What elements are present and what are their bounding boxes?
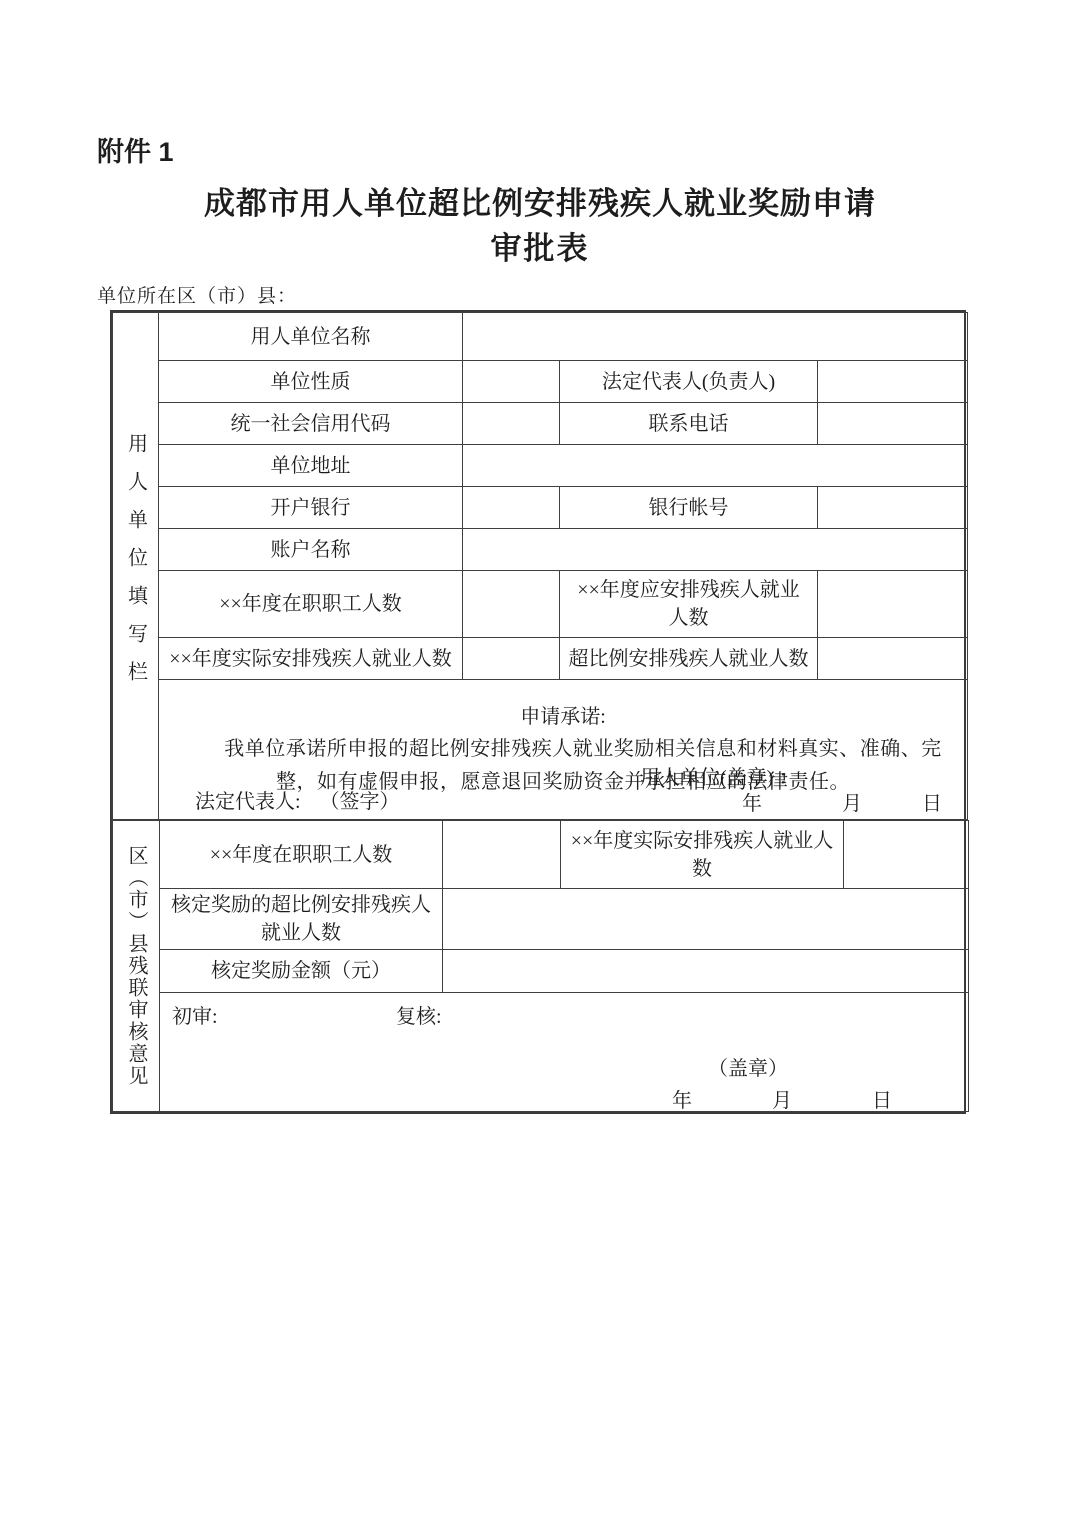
approval-form-table: 用人单位填写栏 用人单位名称 单位性质 法定代表人(负责人) 统一社会信用代码 … bbox=[110, 310, 966, 1114]
approved-amount-input-cell[interactable] bbox=[443, 950, 969, 993]
review-actual-count-label: ××年度实际安排残疾人就业人数 bbox=[561, 821, 844, 889]
employer-sidebar-label: 用人单位填写栏 bbox=[122, 433, 150, 699]
review-opinion-cell[interactable]: 初审: 复核: （盖章） 年 月 日 bbox=[160, 993, 969, 1112]
staff-count-label: ××年度在职职工人数 bbox=[159, 571, 463, 638]
review-staff-count-label: ××年度在职职工人数 bbox=[160, 821, 443, 889]
review-actual-count-input-cell[interactable] bbox=[844, 821, 969, 889]
account-name-input-cell[interactable] bbox=[463, 529, 968, 571]
employer-date-line: 年 月 日 bbox=[742, 790, 942, 818]
commitment-title: 申请承诺: bbox=[167, 701, 959, 733]
phone-label: 联系电话 bbox=[560, 403, 818, 445]
employer-section-sidebar: 用人单位填写栏 bbox=[113, 313, 159, 820]
legal-rep-label: 法定代表人(负责人) bbox=[560, 361, 818, 403]
over-ratio-input-cell[interactable] bbox=[818, 638, 968, 680]
phone-input-cell[interactable] bbox=[818, 403, 968, 445]
required-count-label: ××年度应安排残疾人就业人数 bbox=[560, 571, 818, 638]
actual-count-input-cell[interactable] bbox=[463, 638, 560, 680]
legal-rep-input-cell[interactable] bbox=[818, 361, 968, 403]
form-title-line2: 审批表 bbox=[0, 223, 1080, 268]
address-label: 单位地址 bbox=[159, 445, 463, 487]
approved-count-input-cell[interactable] bbox=[443, 889, 969, 950]
form-title-line1: 成都市用人单位超比例安排残疾人就业奖励申请 bbox=[0, 178, 1080, 223]
review-staff-count-input-cell[interactable] bbox=[443, 821, 561, 889]
bank-account-label: 银行帐号 bbox=[560, 487, 818, 529]
employer-section: 用人单位填写栏 用人单位名称 单位性质 法定代表人(负责人) 统一社会信用代码 … bbox=[112, 312, 968, 820]
credit-code-input-cell[interactable] bbox=[463, 403, 560, 445]
unit-name-label: 用人单位名称 bbox=[159, 313, 463, 361]
review-section: 区（市）县残联审核意见 ××年度在职职工人数 ××年度实际安排残疾人就业人数 核… bbox=[112, 820, 969, 1112]
legal-rep-signature-line: 法定代表人: （签字） bbox=[195, 788, 400, 816]
credit-code-label: 统一社会信用代码 bbox=[159, 403, 463, 445]
review-sidebar-label: 区（市）县残联审核意见 bbox=[122, 845, 150, 1087]
region-county-label: 单位所在区（市）县： bbox=[97, 281, 297, 308]
approved-amount-label: 核定奖励金额（元） bbox=[160, 950, 443, 993]
legal-rep-sign-label: 法定代表人: bbox=[195, 791, 301, 813]
signature-hint: （签字） bbox=[320, 791, 400, 813]
bank-account-input-cell[interactable] bbox=[818, 487, 968, 529]
review-date-line: 年 月 日 bbox=[672, 1087, 892, 1115]
address-input-cell[interactable] bbox=[463, 445, 968, 487]
review-seal-label: （盖章） bbox=[708, 1055, 788, 1083]
attachment-label: 附件 1 bbox=[97, 130, 174, 169]
staff-count-input-cell[interactable] bbox=[463, 571, 560, 638]
bank-input-cell[interactable] bbox=[463, 487, 560, 529]
unit-nature-label: 单位性质 bbox=[159, 361, 463, 403]
over-ratio-label: 超比例安排残疾人就业人数 bbox=[560, 638, 818, 680]
form-page: 附件 1 成都市用人单位超比例安排残疾人就业奖励申请 审批表 单位所在区（市）县… bbox=[0, 0, 1080, 1527]
unit-nature-input-cell[interactable] bbox=[463, 361, 560, 403]
unit-name-input-cell[interactable] bbox=[463, 313, 968, 361]
employer-seal-line: 用人单位(盖章) ： bbox=[640, 764, 798, 792]
recheck-label: 复核: bbox=[396, 1003, 442, 1031]
approved-count-label: 核定奖励的超比例安排残疾人就业人数 bbox=[160, 889, 443, 950]
actual-count-label: ××年度实际安排残疾人就业人数 bbox=[159, 638, 463, 680]
review-section-sidebar: 区（市）县残联审核意见 bbox=[113, 821, 160, 1112]
bank-label: 开户银行 bbox=[159, 487, 463, 529]
account-name-label: 账户名称 bbox=[159, 529, 463, 571]
commitment-cell[interactable]: 申请承诺: 我单位承诺所申报的超比例安排残疾人就业奖励相关信息和材料真实、准确、… bbox=[159, 680, 968, 820]
required-count-input-cell[interactable] bbox=[818, 571, 968, 638]
first-review-label: 初审: bbox=[172, 1003, 218, 1031]
